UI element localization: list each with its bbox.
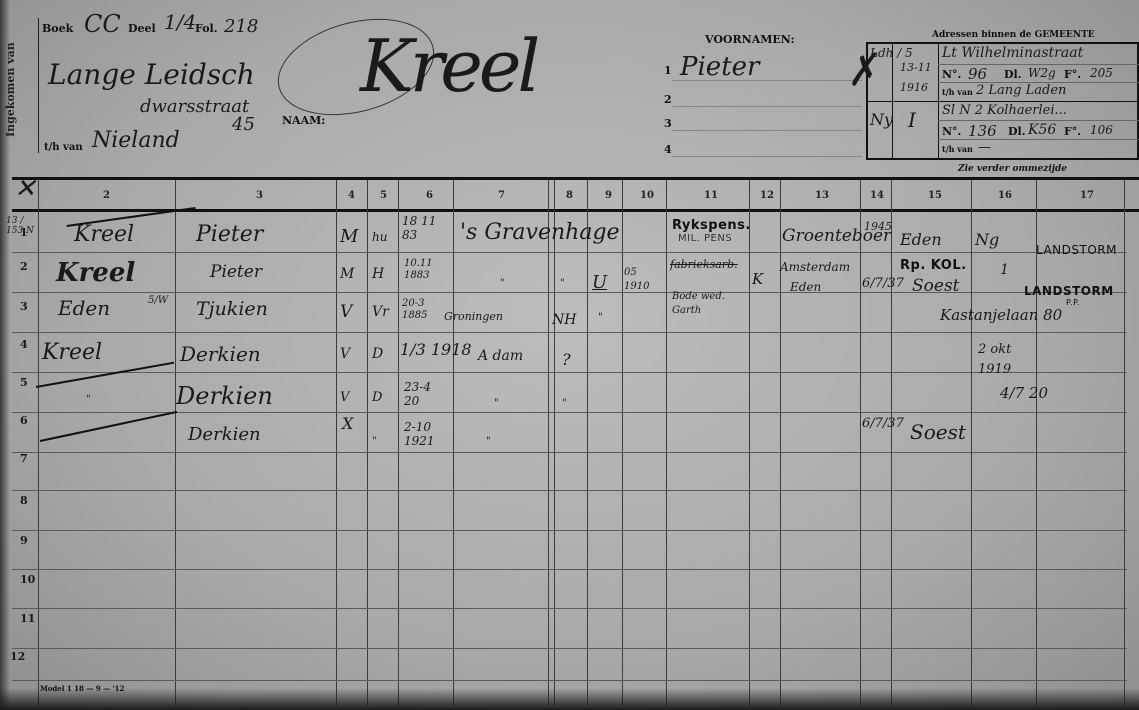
col-line [1124, 180, 1125, 705]
column-number: 7 [498, 190, 505, 201]
cell-c15: Soest [912, 276, 960, 296]
row-number: 10 [20, 573, 35, 586]
voornaam-line-2 [672, 106, 862, 107]
cell-sex: V [340, 390, 349, 405]
cell-birthplace: Groningen [444, 310, 503, 323]
column-number: 3 [256, 190, 263, 201]
col-line [749, 180, 750, 705]
row-line [12, 569, 1127, 570]
address-no-value: 96 [968, 65, 987, 83]
row-line [12, 608, 1127, 609]
address-mark: Ny [870, 110, 893, 129]
cell-birthdate: 23-4 20 [404, 380, 442, 408]
cell-birthplace: " [500, 278, 505, 289]
col-line [38, 180, 39, 705]
voornaam-num-1: 1 [664, 64, 672, 77]
row-number: 4 [20, 338, 28, 351]
cell-c16: 2 okt 1919 [978, 340, 1038, 380]
cell-surname: Eden [58, 296, 110, 320]
row-number: 5 [20, 376, 28, 389]
boek-value: CC [84, 10, 121, 38]
see-reverse-note: Zie verder ommezijde [958, 164, 1067, 174]
row-number: 8 [20, 494, 28, 507]
cell-destination: Eden [900, 230, 942, 249]
folio-label: Fol. [195, 22, 218, 35]
cell-c13: Amsterdam [780, 260, 850, 274]
row-line [12, 490, 1127, 491]
address-dl-value: W2g [1028, 66, 1056, 80]
cell-sex: M [340, 226, 358, 247]
cell-birthdate: 18 11 83 [402, 214, 452, 242]
bracket-line [38, 18, 39, 153]
pen-stroke [36, 362, 174, 388]
cell-given-name: Derkien [188, 424, 261, 445]
address-no-value: 136 [968, 122, 997, 140]
cell-religion: NH [552, 312, 576, 328]
row-line [12, 530, 1127, 531]
address-f-label: F°. [1064, 68, 1081, 81]
deel-value: 1/4 [164, 10, 196, 34]
cell-c14: 6/7/37 [862, 276, 904, 291]
naam-value: Kreel [360, 30, 536, 102]
registration-card: Ingekomen van Boek CC Deel 1/4 Fol. 218 … [0, 0, 1139, 710]
row-number: 2 [20, 260, 28, 273]
col-line [554, 180, 555, 705]
voornaam-1: Pieter [680, 52, 759, 82]
row-line [12, 680, 1127, 681]
row-number: 12 [10, 650, 25, 663]
voornaam-num-3: 3 [664, 117, 672, 130]
address-dl-label: Dl. [1008, 125, 1026, 138]
col-line [780, 180, 781, 705]
address-date: I [908, 108, 916, 132]
cell-status: D [372, 390, 382, 405]
column-number: 4 [348, 190, 355, 201]
voornaam-line-3 [672, 130, 862, 131]
row-line [12, 452, 1127, 453]
cell-sex: V [340, 346, 350, 362]
row-number: 11 [20, 612, 35, 625]
col-line [587, 180, 588, 705]
col-line [971, 180, 972, 705]
row-line [12, 332, 1127, 333]
column-number: 5 [380, 190, 387, 201]
cross-mark-icon: ✗ [841, 45, 882, 96]
header-rule-top [12, 177, 1139, 180]
col-line [175, 180, 176, 705]
addresses-box: Ldh / 5 13-11 1916 Lt Wilhelminastraat N… [866, 42, 1139, 160]
row-number: 9 [20, 534, 28, 547]
col-line [666, 180, 667, 705]
cell-birthplace: " [486, 436, 491, 447]
col-line [622, 180, 623, 705]
cell-religion: ? [562, 350, 571, 369]
address-dl-value: K56 [1028, 122, 1056, 138]
cell-given-name: Derkien [180, 342, 261, 366]
column-number: 15 [928, 190, 942, 201]
address-from-value: 2 Lang Laden [976, 83, 1066, 98]
pen-stroke [40, 411, 177, 442]
address-dl-label: Dl. [1004, 68, 1022, 81]
column-number: 11 [704, 190, 718, 201]
cell-c11: Bode wed. Garth [672, 290, 742, 318]
address-from-label: t/h van [942, 144, 973, 154]
address-no-label: N°. [942, 68, 961, 81]
address-from-label: t/h van [942, 87, 973, 97]
cell-birthdate: 1/3 1918 [400, 340, 472, 359]
cell-c14: 6/7/37 [862, 416, 904, 431]
row-line [12, 412, 1127, 413]
row1-prefix: 13 / 153 N [6, 216, 36, 236]
voornaam-line-1 [672, 80, 862, 81]
model-footer: Model 1 18 — 9 — '12 [40, 684, 124, 693]
col-line [548, 180, 549, 705]
cell-status: Vr [372, 304, 389, 320]
rykspens-stamp: Rykspens. [672, 218, 751, 233]
folio-value: 218 [224, 16, 258, 37]
cell-date: 1945 [864, 220, 892, 233]
boek-label: Boek [42, 22, 73, 35]
mil-pens-stamp: MIL. PENS [678, 233, 732, 244]
cell-c10: 05 1910 [624, 266, 660, 294]
column-number: 2 [103, 190, 110, 201]
col-line [398, 180, 399, 705]
row-number: 7 [20, 452, 28, 465]
cell-status: H [372, 266, 384, 282]
addr-subline [938, 120, 1139, 121]
address-street: Lt Wilhelminastraat [942, 45, 1083, 61]
cell-given-name: Tjukien [196, 298, 268, 320]
cell-birthplace: " [494, 398, 499, 409]
ingekomen-label: Ingekomen van [4, 30, 32, 150]
corner-cross-icon: ✕ [14, 174, 36, 204]
cell-surname: " [86, 394, 91, 405]
origin-street: Lange Leidsch [48, 58, 255, 91]
cell-occupation-struck: fabrieksarb. [670, 258, 738, 271]
cell-c15: Soest [910, 420, 966, 444]
cell-birthplace: A dam [478, 348, 523, 364]
column-number: 10 [640, 190, 654, 201]
cell-religion: " [560, 278, 565, 289]
column-number: 6 [426, 190, 433, 201]
cell-c9: U [592, 272, 607, 293]
row-line [12, 648, 1127, 649]
cell-c12: K [752, 270, 763, 288]
cell-status: " [372, 436, 377, 447]
cell-given-name: Derkien [176, 382, 273, 410]
address-street: Sl N 2 Kolhaerlei... [942, 103, 1067, 118]
origin-from-label: t/h van [44, 142, 83, 153]
voornaam-num-4: 4 [664, 143, 672, 156]
row-number: 6 [20, 414, 28, 427]
cell-given-name: Pieter [196, 222, 263, 247]
voornamen-label: VOORNAMEN: [705, 33, 795, 46]
naam-label: NAAM: [282, 114, 325, 127]
row-line [12, 372, 1127, 373]
col-line [367, 180, 368, 705]
cell-remark: Ng [975, 230, 999, 249]
cell-sex: M [340, 266, 354, 282]
cell-birthplace: 's Gravenhage [460, 220, 620, 245]
addresses-title: Adressen binnen de GEMEENTE [932, 30, 1095, 40]
cell-religion: " [562, 398, 567, 409]
addr-row-divider [868, 101, 1139, 102]
cell-surname: Kreel [42, 340, 102, 365]
cell-c16: 1 [1000, 262, 1009, 278]
cell-given-name: Pieter [210, 262, 262, 282]
landstorm-sub-stamp: P.P. [1066, 298, 1080, 307]
deel-label: Deel [128, 22, 156, 35]
col-line [1036, 180, 1037, 705]
col-line [336, 180, 337, 705]
cell-birthdate: 10.11 1883 [404, 258, 444, 282]
column-number: 14 [870, 190, 884, 201]
voornaam-num-2: 2 [664, 93, 672, 106]
address-f-value: 205 [1090, 66, 1113, 80]
cell-birthdate: 2-10 1921 [404, 420, 442, 448]
rp-kol-stamp: Rp. KOL. [900, 258, 967, 273]
column-number: 13 [815, 190, 829, 201]
cell-c9: " [598, 312, 603, 323]
cell-fraction: 5/W [148, 295, 162, 307]
cell-sex: X [342, 414, 353, 433]
address-date: 13-11 1916 [900, 58, 936, 98]
col-line [860, 180, 861, 705]
cell-c16: Kastanjelaan 80 [940, 306, 1062, 324]
origin-number: 45 [232, 114, 255, 135]
row-line [12, 252, 1127, 253]
column-number: 12 [760, 190, 774, 201]
column-number: 9 [605, 190, 612, 201]
column-number: 8 [566, 190, 573, 201]
origin-from-value: Nieland [92, 128, 180, 153]
cell-status: D [372, 346, 383, 362]
cell-sex: V [340, 302, 352, 322]
address-f-label: F°. [1064, 125, 1081, 138]
cell-c16: 4/7 20 [1000, 384, 1048, 402]
address-f-value: 106 [1090, 123, 1113, 137]
column-number: 16 [998, 190, 1012, 201]
voornaam-line-4 [672, 156, 862, 157]
cell-c13: Eden [790, 280, 821, 294]
address-from-value: — [978, 140, 991, 155]
row-number: 3 [20, 300, 28, 313]
landstorm-stamp-2: LANDSTORM [1024, 284, 1114, 298]
cell-birthdate: 20-3 1885 [402, 298, 442, 322]
address-no-label: N°. [942, 125, 961, 138]
col-line [453, 180, 454, 705]
cell-surname: Kreel [74, 222, 134, 247]
landstorm-stamp-1: LANDSTORM [1036, 243, 1117, 257]
column-number: 17 [1080, 190, 1094, 201]
cell-surname: Kreel [56, 258, 135, 288]
cell-status: hu [372, 230, 387, 244]
col-line [891, 180, 892, 705]
